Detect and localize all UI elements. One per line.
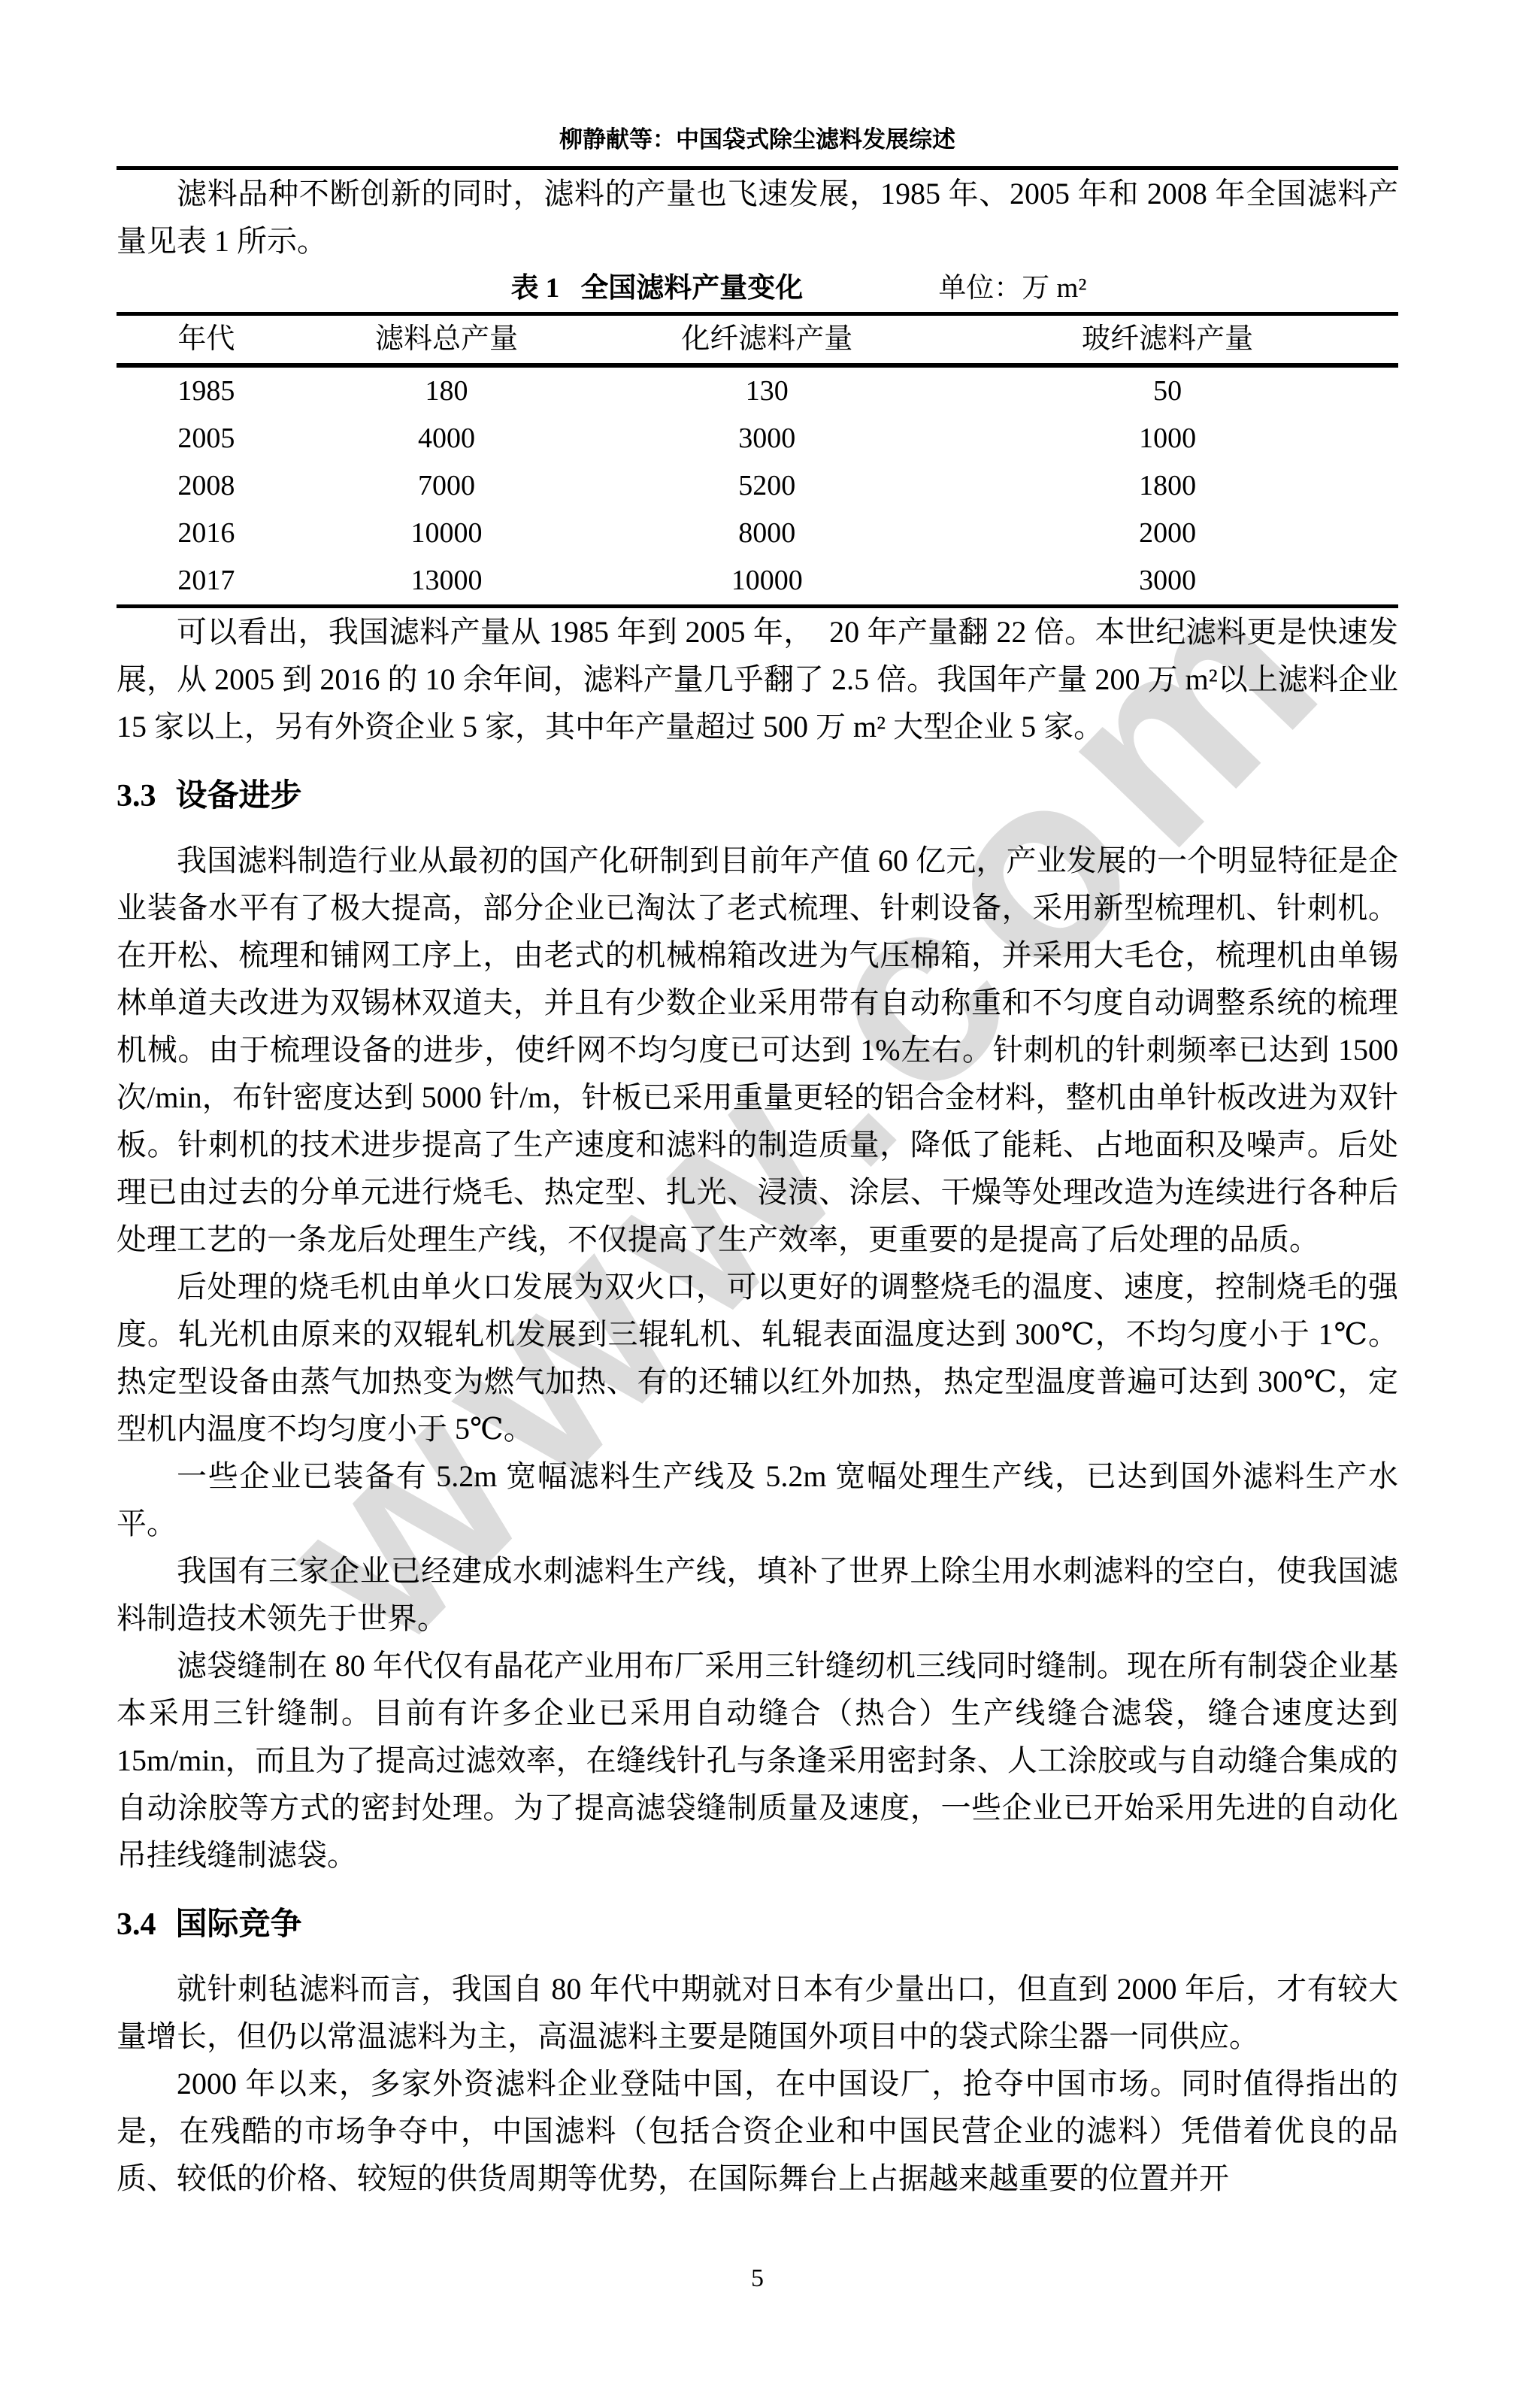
table-cell: 10000 (296, 510, 598, 557)
table-cell: 4000 (296, 415, 598, 462)
body-text: 滤料品种不断创新的同时，滤料的产量也飞速发展，1985 年、2005 年和 20… (117, 170, 1398, 2202)
table-cell: 1800 (937, 462, 1398, 510)
paragraph-intro: 滤料品种不断创新的同时，滤料的产量也飞速发展，1985 年、2005 年和 20… (117, 170, 1398, 265)
table-cell: 180 (296, 365, 598, 415)
table-caption: 表 1全国滤料产量变化 单位：万 m² (158, 265, 1440, 312)
table-row: 1985 180 130 50 (117, 365, 1398, 415)
table-cell: 13000 (296, 557, 598, 607)
production-table: 年代 滤料总产量 化纤滤料产量 玻纤滤料产量 1985 180 130 50 2… (117, 312, 1398, 608)
table-cell: 5200 (597, 462, 937, 510)
table-cell: 2008 (117, 462, 296, 510)
paragraph: 就针刺毡滤料而言，我国自 80 年代中期就对日本有少量出口，但直到 2000 年… (117, 1965, 1398, 2060)
table-caption-label: 表 1 (511, 273, 560, 304)
paragraph: 可以看出，我国滤料产量从 1985 年到 2005 年， 20 年产量翻 22 … (117, 608, 1398, 750)
table-cell: 1985 (117, 365, 296, 415)
table-caption-bold: 表 1全国滤料产量变化 (511, 265, 804, 312)
section-title: 设备进步 (176, 779, 302, 813)
table-cell: 2005 (117, 415, 296, 462)
table-cell: 1000 (937, 415, 1398, 462)
section-heading-34: 3.4国际竞争 (117, 1901, 1398, 1949)
table-row: 2005 4000 3000 1000 (117, 415, 1398, 462)
table-header-cell: 滤料总产量 (296, 314, 598, 366)
paragraph: 滤袋缝制在 80 年代仅有晶花产业用布厂采用三针缝纫机三线同时缝制。现在所有制袋… (117, 1642, 1398, 1879)
page-number: 5 (117, 2264, 1398, 2294)
table-header-row: 年代 滤料总产量 化纤滤料产量 玻纤滤料产量 (117, 314, 1398, 366)
section-heading-33: 3.3设备进步 (117, 773, 1398, 820)
table-cell: 3000 (597, 415, 937, 462)
section-title: 国际竞争 (176, 1907, 302, 1942)
section-number: 3.4 (117, 1907, 156, 1942)
table-cell: 50 (937, 365, 1398, 415)
page-content: 柳静献等：中国袋式除尘滤料发展综述 滤料品种不断创新的同时，滤料的产量也飞速发展… (0, 0, 1517, 2294)
table-cell: 8000 (597, 510, 937, 557)
table-row: 2008 7000 5200 1800 (117, 462, 1398, 510)
table-header-cell: 玻纤滤料产量 (937, 314, 1398, 366)
table-unit-label: 单位：万 m² (938, 265, 1086, 312)
table-row: 2017 13000 10000 3000 (117, 557, 1398, 607)
table-cell: 2016 (117, 510, 296, 557)
document-page: www.com 柳静献等：中国袋式除尘滤料发展综述 滤料品种不断创新的同时，滤料… (0, 0, 1517, 2408)
table-cell: 7000 (296, 462, 598, 510)
table-header-cell: 年代 (117, 314, 296, 366)
paragraph: 2000 年以来，多家外资滤料企业登陆中国，在中国设厂，抢夺中国市场。同时值得指… (117, 2060, 1398, 2202)
table-cell: 3000 (937, 557, 1398, 607)
paragraph: 后处理的烧毛机由单火口发展为双火口，可以更好的调整烧毛的温度、速度，控制烧毛的强… (117, 1263, 1398, 1452)
table-cell: 2017 (117, 557, 296, 607)
paragraph: 我国有三家企业已经建成水刺滤料生产线，填补了世界上除尘用水刺滤料的空白，使我国滤… (117, 1547, 1398, 1642)
paragraph: 我国滤料制造行业从最初的国产化研制到目前年产值 60 亿元，产业发展的一个明显特… (117, 837, 1398, 1263)
table-cell: 10000 (597, 557, 937, 607)
section-number: 3.3 (117, 779, 156, 813)
table-cell: 130 (597, 365, 937, 415)
table-row: 2016 10000 8000 2000 (117, 510, 1398, 557)
paragraph: 一些企业已装备有 5.2m 宽幅滤料生产线及 5.2m 宽幅处理生产线，已达到国… (117, 1452, 1398, 1547)
table-header-cell: 化纤滤料产量 (597, 314, 937, 366)
running-head: 柳静献等：中国袋式除尘滤料发展综述 (117, 0, 1398, 156)
table-cell: 2000 (937, 510, 1398, 557)
table-caption-title: 全国滤料产量变化 (580, 273, 803, 304)
